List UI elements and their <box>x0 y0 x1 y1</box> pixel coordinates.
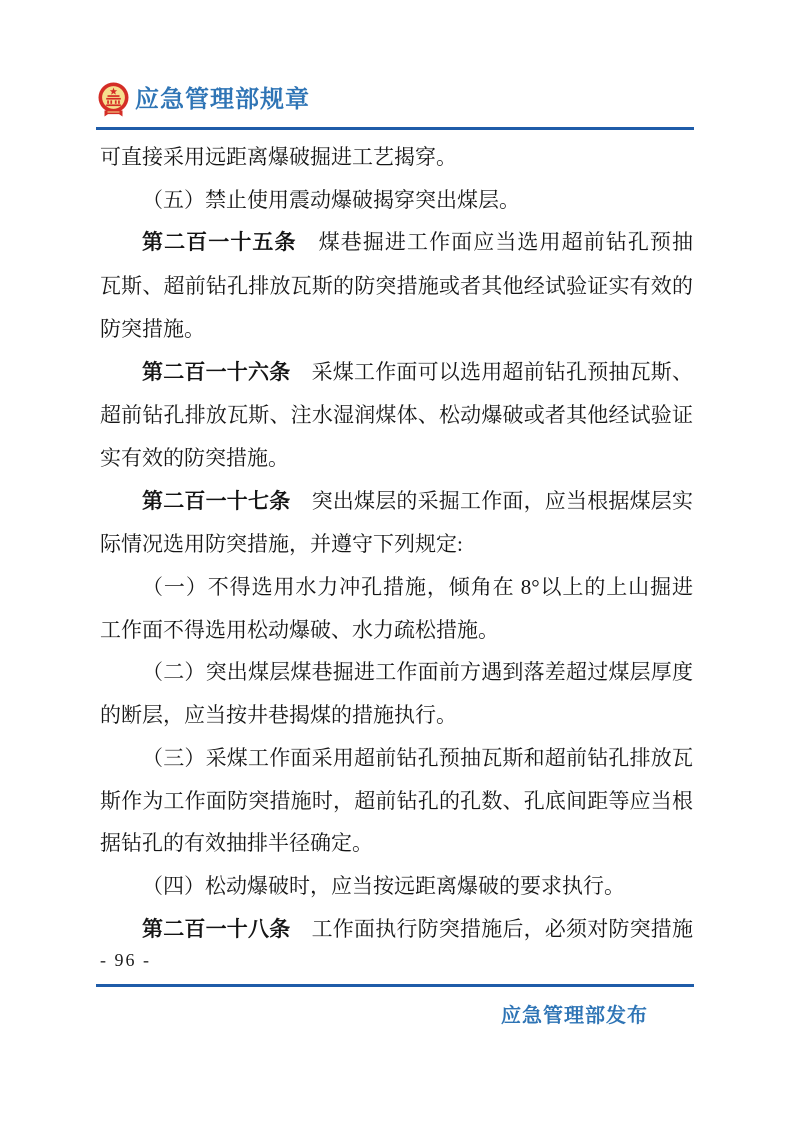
publisher-label: 应急管理部发布 <box>501 1001 648 1031</box>
text-run: 煤巷掘进工作面应当选用超前钻孔预抽 <box>297 230 693 254</box>
text-run: （五）禁止使用震动爆破揭穿突出煤层。 <box>142 188 520 212</box>
text-line: 可直接采用远距离爆破掘进工艺揭穿。 <box>100 136 693 179</box>
text-line: 斯作为工作面防突措施时，超前钻孔的孔数、孔底间距等应当根 <box>100 780 693 823</box>
text-run: 斯作为工作面防突措施时，超前钻孔的孔数、孔底间距等应当根 <box>100 789 693 813</box>
text-run: 工作面执行防突措施后，必须对防突措施 <box>290 917 693 941</box>
text-run: 的断层，应当按井巷揭煤的措施执行。 <box>100 703 457 727</box>
text-line: 第二百一十八条 工作面执行防突措施后，必须对防突措施 <box>100 908 693 952</box>
text-run: 突出煤层的采掘工作面，应当根据煤层实 <box>290 489 693 513</box>
text-line: 超前钻孔排放瓦斯、注水湿润煤体、松动爆破或者其他经试验证 <box>100 394 693 437</box>
text-run: 采煤工作面可以选用超前钻孔预抽瓦斯、 <box>290 360 693 384</box>
text-run: 超前钻孔排放瓦斯、注水湿润煤体、松动爆破或者其他经试验证 <box>100 403 693 427</box>
text-line: 第二百一十六条 采煤工作面可以选用超前钻孔预抽瓦斯、 <box>100 351 693 395</box>
text-run: 瓦斯、超前钻孔排放瓦斯的防突措施或者其他经试验证实有效的 <box>100 274 693 298</box>
text-run: 防突措施。 <box>100 317 205 341</box>
text-run: 际情况选用防突措施，并遵守下列规定: <box>100 532 463 556</box>
text-line: （五）禁止使用震动爆破揭穿突出煤层。 <box>100 179 693 222</box>
footer-rule <box>96 984 694 987</box>
text-run: 实有效的防突措施。 <box>100 446 289 470</box>
national-emblem-icon <box>98 82 129 117</box>
article-number: 第二百一十五条 <box>142 231 297 254</box>
page: 应急管理部规章 可直接采用远距离爆破掘进工艺揭穿。（五）禁止使用震动爆破揭穿突出… <box>0 0 793 1122</box>
article-number: 第二百一十六条 <box>142 361 290 384</box>
text-line: 的断层，应当按井巷揭煤的措施执行。 <box>100 694 693 737</box>
article-number: 第二百一十八条 <box>142 918 290 941</box>
text-line: 据钻孔的有效抽排半径确定。 <box>100 822 693 865</box>
text-line: 第二百一十五条 煤巷掘进工作面应当选用超前钻孔预抽 <box>100 221 693 265</box>
text-run: （四）松动爆破时，应当按远距离爆破的要求执行。 <box>142 874 625 898</box>
text-line: 防突措施。 <box>100 308 693 351</box>
text-line: （三）采煤工作面采用超前钻孔预抽瓦斯和超前钻孔排放瓦 <box>100 737 693 780</box>
document-body: 可直接采用远距离爆破掘进工艺揭穿。（五）禁止使用震动爆破揭穿突出煤层。第二百一十… <box>100 136 693 951</box>
text-run: （二）突出煤层煤巷掘进工作面前方遇到落差超过煤层厚度 <box>142 660 693 684</box>
text-line: （一）不得选用水力冲孔措施，倾角在 8°以上的上山掘进 <box>100 566 693 609</box>
text-line: （四）松动爆破时，应当按远距离爆破的要求执行。 <box>100 865 693 908</box>
page-header-title: 应急管理部规章 <box>135 83 310 117</box>
header: 应急管理部规章 <box>98 82 310 117</box>
article-number: 第二百一十七条 <box>142 490 290 513</box>
text-line: 工作面不得选用松动爆破、水力疏松措施。 <box>100 609 693 652</box>
text-line: （二）突出煤层煤巷掘进工作面前方遇到落差超过煤层厚度 <box>100 651 693 694</box>
text-line: 际情况选用防突措施，并遵守下列规定: <box>100 523 693 566</box>
header-rule <box>96 127 694 130</box>
text-run: 可直接采用远距离爆破掘进工艺揭穿。 <box>100 145 457 169</box>
text-run: （一）不得选用水力冲孔措施，倾角在 8°以上的上山掘进 <box>142 575 693 599</box>
page-number: - 96 - <box>100 947 151 973</box>
text-line: 第二百一十七条 突出煤层的采掘工作面，应当根据煤层实 <box>100 480 693 524</box>
text-line: 实有效的防突措施。 <box>100 437 693 480</box>
text-run: 据钻孔的有效抽排半径确定。 <box>100 831 373 855</box>
text-run: 工作面不得选用松动爆破、水力疏松措施。 <box>100 618 499 642</box>
text-line: 瓦斯、超前钻孔排放瓦斯的防突措施或者其他经试验证实有效的 <box>100 265 693 308</box>
text-run: （三）采煤工作面采用超前钻孔预抽瓦斯和超前钻孔排放瓦 <box>142 746 693 770</box>
